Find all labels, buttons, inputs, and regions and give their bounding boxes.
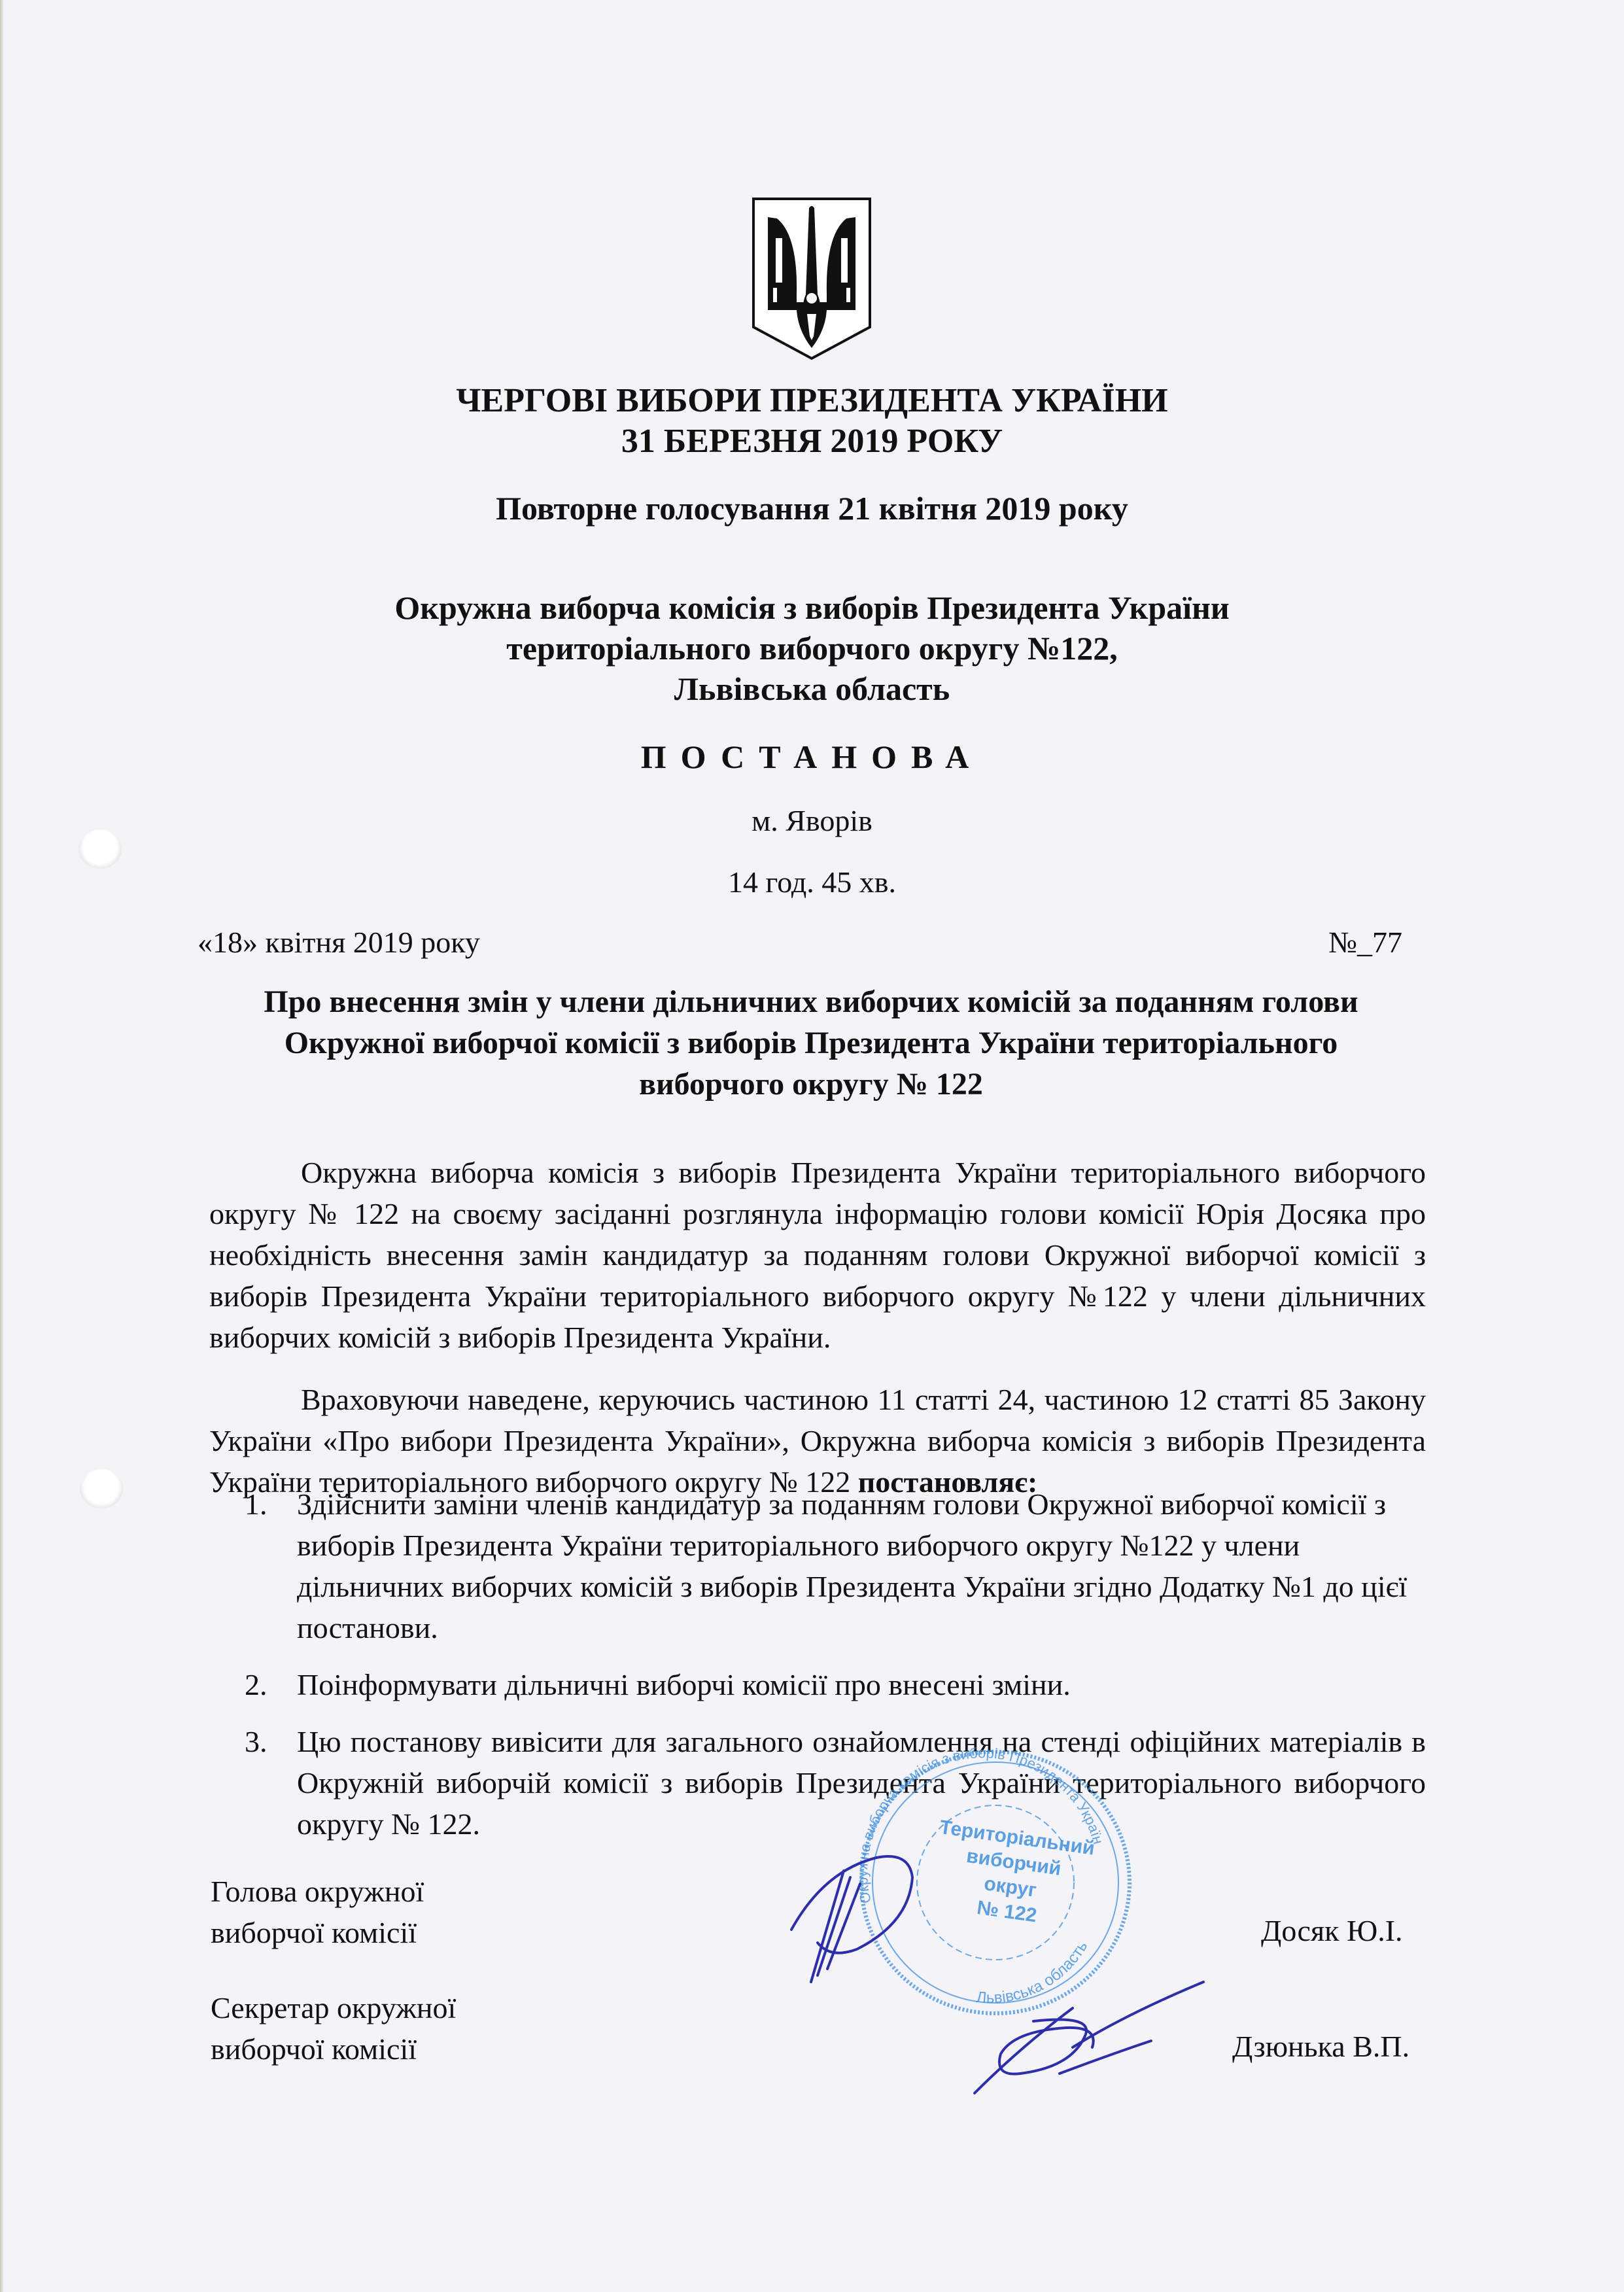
document-number: №_77 <box>1328 925 1402 960</box>
item-number: 2. <box>245 1664 268 1705</box>
election-title-line1: ЧЕРГОВІ ВИБОРИ ПРЕЗИДЕНТА УКРАЇНИ <box>0 381 1624 421</box>
secretary-role-line1: Секретар окружної <box>211 1987 456 2028</box>
item-number: 3. <box>245 1721 268 1762</box>
secretary-signature-icon <box>876 1969 1217 2100</box>
resolution-item-1: 1. Здійснити заміни членів кандидатур за… <box>209 1484 1426 1648</box>
secretary-role: Секретар окружної виборчої комісії <box>211 1987 456 2070</box>
item-number: 1. <box>245 1484 268 1525</box>
document-subject: Про внесення змін у члени дільничних виб… <box>196 981 1426 1105</box>
commission-line1: Окружна виборча комісія з виборів Презид… <box>0 587 1624 628</box>
trident-coat-of-arms-icon <box>751 196 872 361</box>
paragraph-preamble: Окружна виборча комісія з виборів Презид… <box>209 1152 1426 1358</box>
commission-line2: територіального виборчого округу №122, <box>0 628 1624 668</box>
punch-hole-bottom <box>80 1469 123 1508</box>
secretary-name: Дзюнька В.П. <box>1232 2029 1409 2064</box>
chairman-name: Досяк Ю.І. <box>1261 1913 1403 1948</box>
chairman-signature-icon <box>778 1845 961 1988</box>
subject-line1: Про внесення змін у члени дільничних виб… <box>196 981 1426 1022</box>
svg-text:№ 122: № 122 <box>976 1897 1039 1926</box>
resolution-items: 1. Здійснити заміни членів кандидатур за… <box>209 1484 1426 1860</box>
document-type: ПОСТАНОВА <box>0 738 1624 776</box>
date-number-line: «18» квітня 2019 року №_77 <box>198 925 1402 960</box>
item-text: Здійснити заміни членів кандидатур за по… <box>297 1484 1426 1648</box>
commission-title: Окружна виборча комісія з виборів Презид… <box>0 587 1624 709</box>
svg-text:округ: округ <box>983 1873 1038 1901</box>
chairman-role-line1: Голова окружної <box>211 1871 424 1912</box>
chairman-role-line2: виборчої комісії <box>211 1912 424 1953</box>
time: 14 год. 45 хв. <box>0 865 1624 899</box>
subject-line3: виборчого округу № 122 <box>196 1064 1426 1105</box>
election-date-line: 31 БЕРЕЗНЯ 2019 РОКУ <box>0 421 1624 462</box>
resolution-item-3: 3. Цю постанову вивісити для загального … <box>209 1721 1426 1845</box>
city: м. Яворів <box>0 803 1624 838</box>
secretary-role-line2: виборчої комісії <box>211 2028 456 2070</box>
subject-line2: Окружної виборчої комісії з виборів През… <box>196 1022 1426 1064</box>
document-date: «18» квітня 2019 року <box>198 925 480 960</box>
chairman-role: Голова окружної виборчої комісії <box>211 1871 424 1953</box>
resolution-item-2: 2. Поінформувати дільничні виборчі коміс… <box>209 1664 1426 1705</box>
repeat-vote-line: Повторне голосування 21 квітня 2019 року <box>0 489 1624 527</box>
scan-page-edge <box>0 0 4 2292</box>
item-text: Поінформувати дільничні виборчі комісії … <box>297 1664 1426 1705</box>
election-title: ЧЕРГОВІ ВИБОРИ ПРЕЗИДЕНТА УКРАЇНИ 31 БЕР… <box>0 381 1624 462</box>
legal-basis-text: Враховуючи наведене, керуючись частиною … <box>209 1383 1426 1499</box>
commission-region: Львівська область <box>0 668 1624 709</box>
